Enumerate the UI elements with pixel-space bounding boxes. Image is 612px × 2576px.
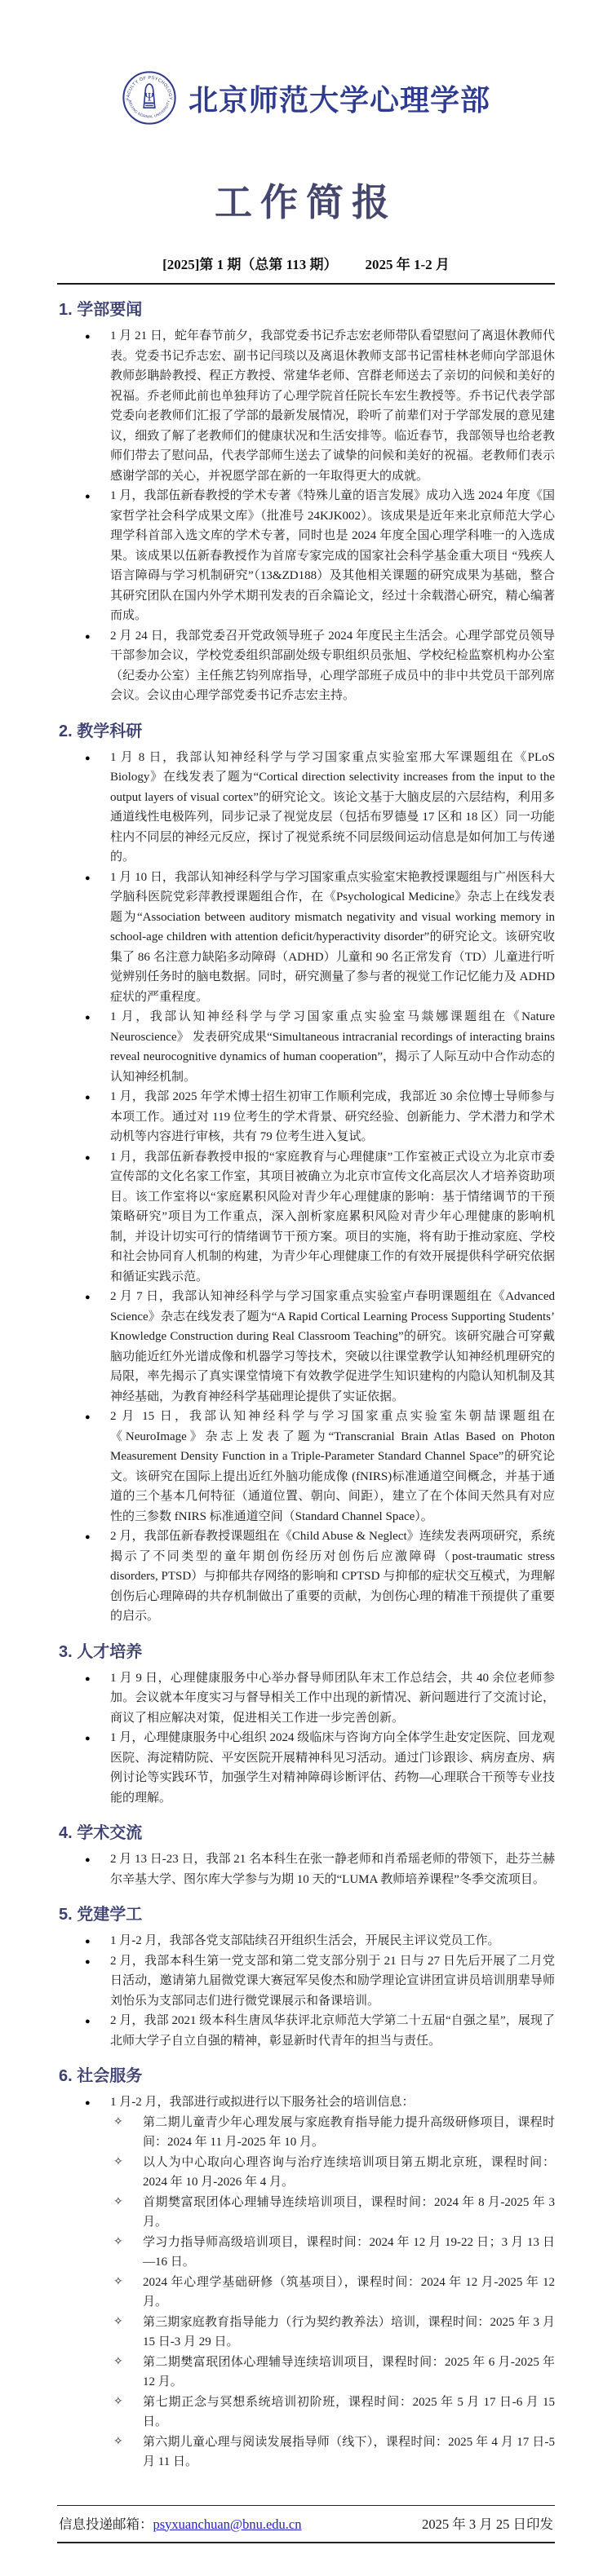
training-item: 2024 年心理学基础研修（筑基项目），课程时间：2024 年 12 月-202…: [57, 2273, 555, 2313]
page-title: 工作简报: [57, 173, 555, 227]
faculty-seal-icon: FACULTY OF PSYCHOLOGY BEIJING NORMAL UNI…: [122, 70, 177, 126]
bulletin-item: 2 月 24 日，我部党委召开党政领导班子 2024 年度民主生活会。心理学部党…: [57, 626, 555, 706]
bulletin-page: FACULTY OF PSYCHOLOGY BEIJING NORMAL UNI…: [0, 0, 612, 2576]
print-date: 2025 年 3 月 25 日印发: [422, 2513, 553, 2533]
seal-psi-symbol: Ψ: [144, 91, 153, 104]
footer-divider-bottom: [57, 2542, 555, 2543]
footer-row: 信息投递邮箱：psyxuanchuan@bnu.edu.cn 2025 年 3 …: [57, 2506, 555, 2542]
training-item: 学习力指导师高级培训项目，课程时间：2024 年 12 月 19-22 日；3 …: [57, 2233, 555, 2273]
section-item-list: 1 月-2 月，我部进行或拟进行以下服务社会的培训信息：第二期儿童青少年心理发展…: [57, 2092, 555, 2472]
section-heading: 3. 人才培养: [59, 1638, 555, 1662]
bulletin-item: 2 月，我部伍新春教授课题组在《Child Abuse & Neglect》连续…: [57, 1527, 555, 1627]
training-item: 首期樊富珉团体心理辅导连续培训项目，课程时间：2024 年 8 月-2025 年…: [57, 2193, 555, 2233]
bulletin-item: 2 月 7 日，我部认知神经科学与学习国家重点实验室卢春明课题组在《Advanc…: [57, 1287, 555, 1407]
bulletin-item: 1 月-2 月，我部进行或拟进行以下服务社会的培训信息：: [57, 2092, 555, 2113]
issue-number: [2025]第 1 期（总第 113 期）: [162, 253, 337, 273]
bulletin-item: 2 月，我部 2021 级本科生唐凤华获评北京师范大学第二十五届“自强之星”，展…: [57, 2011, 555, 2051]
bulletin-item: 1 月 8 日，我部认知神经科学与学习国家重点实验室邢大军课题组在《PLoS B…: [57, 748, 555, 868]
training-item: 第二期儿童青少年心理发展与家庭教育指导能力提升高级研修项目，课程时间：2024 …: [57, 2113, 555, 2153]
training-item: 第六期儿童心理与阅读发展指导师（线下），课程时间：2025 年 4 月 17 日…: [57, 2432, 555, 2472]
section-item-list: 1 月-2 月，我部各党支部陆续召开组织生活会，开展民主评议党员工作。2 月，我…: [57, 1931, 555, 2051]
bulletin-item: 2 月 13 日-23 日，我部 21 名本科生在张一静老师和肖希瑶老师的带领下…: [57, 1849, 555, 1889]
training-item: 第三期家庭教育指导能力（行为契约教养法）培训，课程时间：2025 年 3 月 1…: [57, 2313, 555, 2353]
section-heading: 1. 学部要闻: [59, 296, 555, 320]
training-item: 第七期正念与冥想系统培训初阶班，课程时间：2025 年 5 月 17 日-6 月…: [57, 2393, 555, 2432]
section-heading: 6. 社会服务: [59, 2062, 555, 2086]
bulletin-item: 2 月，我部本科生第一党支部和第二党支部分别于 21 日与 27 日先后开展了二…: [57, 1951, 555, 2012]
bulletin-item: 1 月，我部认知神经科学与学习国家重点实验室马燚娜课题组在《Nature Neu…: [57, 1007, 555, 1087]
footer-email-block: 信息投递邮箱：psyxuanchuan@bnu.edu.cn: [59, 2513, 301, 2533]
section-heading: 2. 教学科研: [59, 718, 555, 741]
training-item: 第二期樊富珉团体心理辅导连续培训项目，课程时间：2025 年 6 月-2025 …: [57, 2353, 555, 2393]
section-heading: 5. 党建学工: [59, 1901, 555, 1924]
bulletin-item: 1 月，我部伍新春教授的学术专著《特殊儿童的语言发展》成功入选 2024 年度《…: [57, 486, 555, 626]
bulletin-item: 1 月-2 月，我部各党支部陆续召开组织生活会，开展民主评议党员工作。: [57, 1931, 555, 1951]
section-item-list: 1 月 9 日，心理健康服务中心举办督导师团队年末工作总结会，共 40 余位老师…: [57, 1668, 555, 1809]
bulletin-item: 1 月 10 日，我部认知神经科学与学习国家重点实验室宋艳教授课题组与广州医科大…: [57, 868, 555, 1008]
email-label: 信息投递邮箱：: [59, 2516, 153, 2532]
issue-line: [2025]第 1 期（总第 113 期） 2025 年 1-2 月: [57, 253, 555, 273]
section-item-list: 2 月 13 日-23 日，我部 21 名本科生在张一静老师和肖希瑶老师的带领下…: [57, 1849, 555, 1889]
title-divider: [57, 283, 555, 285]
faculty-wordmark: 北京师范大学心理学部: [188, 77, 490, 119]
document-footer: 信息投递邮箱：psyxuanchuan@bnu.edu.cn 2025 年 3 …: [57, 2505, 555, 2543]
bulletin-item: 1 月 9 日，心理健康服务中心举办督导师团队年末工作总结会，共 40 余位老师…: [57, 1668, 555, 1729]
email-link[interactable]: psyxuanchuan@bnu.edu.cn: [153, 2516, 302, 2532]
masthead: FACULTY OF PSYCHOLOGY BEIJING NORMAL UNI…: [57, 70, 555, 126]
bulletin-item: 1 月，我部伍新春教授申报的“家庭教育与心理健康”工作室被正式设立为北京市委宣传…: [57, 1147, 555, 1288]
section-item-list: 1 月 21 日，蛇年春节前夕，我部党委书记乔志宏老师带队看望慰问了离退休教师代…: [57, 326, 555, 706]
bulletin-item: 1 月，心理健康服务中心组织 2024 级临床与咨询方向全体学生赴安定医院、回龙…: [57, 1728, 555, 1808]
bulletin-body: 1. 学部要闻1 月 21 日，蛇年春节前夕，我部党委书记乔志宏老师带队看望慰问…: [57, 296, 555, 2472]
bulletin-item: 1 月，我部 2025 年学术博士招生初审工作顺利完成，我部近 30 余位博士导…: [57, 1087, 555, 1147]
section-heading: 4. 学术交流: [59, 1819, 555, 1843]
bulletin-item: 2 月 15 日，我部认知神经科学与学习国家重点实验室朱朝喆课题组在《Neuro…: [57, 1407, 555, 1527]
section-item-list: 1 月 8 日，我部认知神经科学与学习国家重点实验室邢大军课题组在《PLoS B…: [57, 748, 555, 1627]
issue-date: 2025 年 1-2 月: [365, 253, 449, 273]
bulletin-item: 1 月 21 日，蛇年春节前夕，我部党委书记乔志宏老师带队看望慰问了离退休教师代…: [57, 326, 555, 486]
training-item: 以人为中心取向心理咨询与治疗连续培训项目第五期北京班，课程时间：2024 年 1…: [57, 2153, 555, 2193]
